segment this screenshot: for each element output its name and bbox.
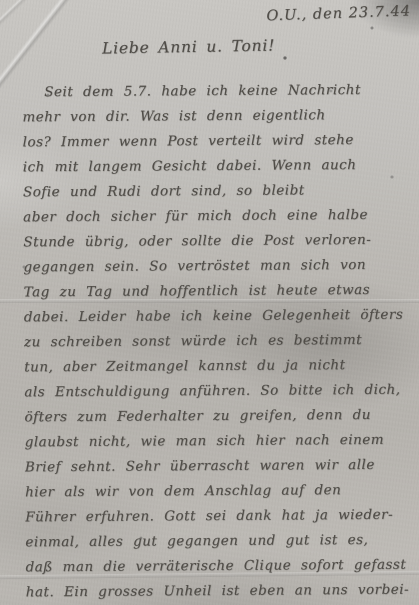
letter-line: gegangen sein. So vertröstet man sich vo… [23,253,413,281]
letter-line: hier als wir von dem Anschlag auf den [25,478,415,506]
letter-line: dabei. Leider habe ich keine Gelegenheit… [24,303,414,331]
letter-line: als Entschuldigung anführen. So bitte ic… [24,378,414,406]
letter-salutation: Liebe Anni u. Toni! [102,36,275,57]
letter-line: Seit dem 5.7. habe ich keine Nachricht [22,78,412,106]
letter-line: einmal, alles gut gegangen und gut ist e… [25,528,415,556]
letter-line: Brief sehnt. Sehr überrascht waren wir a… [25,453,415,481]
letter-line: los? Immer wenn Post verteilt wird stehe [23,128,413,156]
paper-speckles [0,0,2,2]
letter-line: daß man die verräterische Clique sofort … [25,553,415,581]
letter-line: Führer erfuhren. Gott sei dank hat ja wi… [25,503,415,531]
letter-line: ich mit langem Gesicht dabei. Wenn auch [23,153,413,181]
letter-line: glaubst nicht, wie man sich hier nach ei… [25,428,415,456]
letter-line: zu schreiben sonst würde ich es bestimmt [24,328,414,356]
letter-line: Sofie und Rudi dort sind, so bleibt [23,178,413,206]
letter-line: öfters zum Federhalter zu greifen, denn … [24,403,414,431]
letter-line: Tag zu Tag und hoffentlich ist heute etw… [24,278,414,306]
letter-line: mehr von dir. Was ist denn eigentlich [22,103,412,131]
letter-body: Seit dem 5.7. habe ich keine Nachricht m… [22,78,416,605]
letter-line: tun, aber Zeitmangel kannst du ja nicht [24,353,414,381]
letter-line: Stunde übrig, oder sollte die Post verlo… [23,228,413,256]
letter-line: hat. Ein grosses Unheil ist eben an uns … [26,578,416,605]
letter-dateline: O.U., den 23.7.44 [201,3,411,26]
letter-page: O.U., den 23.7.44 Liebe Anni u. Toni! Se… [0,0,419,605]
letter-line: aber doch sicher für mich doch eine halb… [23,203,413,231]
